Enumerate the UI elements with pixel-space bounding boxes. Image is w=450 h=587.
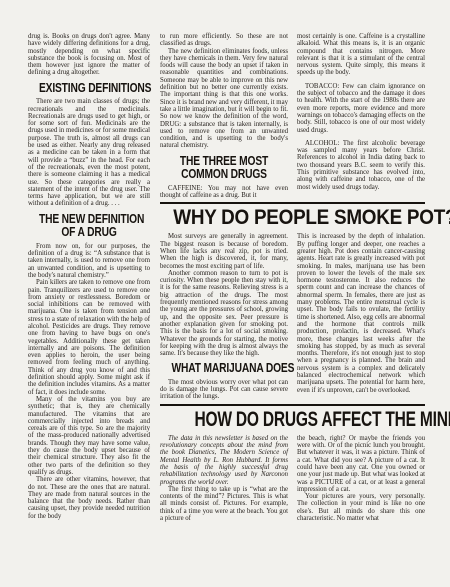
paragraph: The most obvious worry over what pot can… xyxy=(160,379,288,401)
paragraph-dianetics-note: The data in this newsletter is based on … xyxy=(160,435,288,486)
paragraph: This is increased by the depth of inhala… xyxy=(297,233,425,394)
paragraph: Most surveys are generally in agreement.… xyxy=(160,233,288,269)
headline-line: WHY DO PEOPLE SMOKE POT? xyxy=(173,207,412,229)
heading-line: COMMON DRUGS xyxy=(172,168,277,182)
headline-how-do-drugs-affect-the-mind: HOW DO DRUGS AFFECT THE MIND? xyxy=(160,409,425,431)
right-column-top: most certainly is one. Caffeine is a cry… xyxy=(297,33,425,199)
paragraph: to run more efficiently. So these are no… xyxy=(160,33,288,48)
section-heading-what-marijuana-does: WHAT MARIJUANA DOES xyxy=(160,362,288,376)
paragraph: There are two main classes of drugs; the… xyxy=(28,98,150,207)
why-section-left-column: Most surveys are generally in agreement.… xyxy=(160,233,288,400)
paragraph-alcohol: ALCOHOL: The first alcoholic beverage wa… xyxy=(297,140,425,191)
paragraph: From now on, for our purposes, the defin… xyxy=(28,243,150,279)
section-heading-existing-definitions: EXISTING DEFINITIONS xyxy=(28,82,150,96)
section-heading-new-definition: THE NEW DEFINITION OF A DRUG xyxy=(28,213,150,240)
paragraph: Pain killers are taken to remove one fro… xyxy=(28,279,150,396)
section-divider xyxy=(160,404,425,406)
paragraph-caffeine: CAFFEINE: You may not have even thought … xyxy=(160,185,288,200)
section-divider xyxy=(160,202,425,204)
mind-section-band: The data in this newsletter is based on … xyxy=(160,435,425,523)
mind-section-left-column: The data in this newsletter is based on … xyxy=(160,435,288,523)
paragraph: Your pictures are yours, very personally… xyxy=(297,493,425,522)
newsletter-page: drug is. Books on drugs don't agree. Man… xyxy=(0,0,450,587)
page-layout: drug is. Books on drugs don't agree. Man… xyxy=(28,33,425,522)
why-section-band: Most surveys are generally in agreement.… xyxy=(160,233,425,400)
why-section-right-column: This is increased by the depth of inhala… xyxy=(297,233,425,400)
headline-why-do-people-smoke-pot: WHY DO PEOPLE SMOKE POT? xyxy=(160,207,425,229)
paragraph: Another common reason to turn to pot is … xyxy=(160,270,288,358)
mind-section-right-column: the beach, right? Or maybe the friends y… xyxy=(297,435,425,523)
top-band: to run more efficiently. So these are no… xyxy=(160,33,425,199)
heading-line: THE THREE MOST xyxy=(172,155,277,169)
paragraph: the beach, right? Or maybe the friends y… xyxy=(297,435,425,493)
paragraph: most certainly is one. Caffeine is a cry… xyxy=(297,33,425,77)
left-column: drug is. Books on drugs don't agree. Man… xyxy=(28,33,150,522)
right-region: to run more efficiently. So these are no… xyxy=(160,33,425,522)
middle-column-top: to run more efficiently. So these are no… xyxy=(160,33,288,199)
headline-line: HOW DO DRUGS AFFECT THE MIND? xyxy=(194,409,390,431)
paragraph: There are other vitamins, however, that … xyxy=(28,476,150,520)
heading-line: EXISTING DEFINITIONS xyxy=(39,82,139,96)
heading-line: THE NEW DEFINITION xyxy=(39,213,139,227)
paragraph: Many of the vitamins you buy are synthet… xyxy=(28,396,150,476)
paragraph-tobacco: TOBACCO: Few can claim ignorance on the … xyxy=(297,83,425,134)
paragraph: The first thing to take up is “what are … xyxy=(160,486,288,522)
heading-line: OF A DRUG xyxy=(39,226,139,240)
section-heading-three-common-drugs: THE THREE MOST COMMON DRUGS xyxy=(160,155,288,182)
paragraph: The new definition eliminates foods, unl… xyxy=(160,48,288,150)
paragraph: drug is. Books on drugs don't agree. Man… xyxy=(28,33,150,77)
heading-line: WHAT MARIJUANA DOES xyxy=(172,362,277,376)
